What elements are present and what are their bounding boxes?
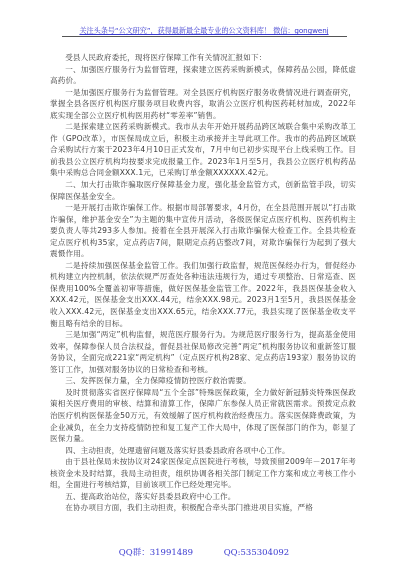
section-heading: 一、加强医疗服务行为监督管理，探索建立医药采购新模式，保障药品公园，降低虚高药价… (50, 64, 356, 87)
footer-contact: QQ群：31991489 QQ:535304092 (0, 546, 408, 558)
paragraph: 三是加强“两定”机构监督，规范医疗服务行为。为规范医疗服务行为，提高基金使用效率… (50, 329, 356, 375)
paragraph: 由于县社保局未按协议对24家医保定点医院进行考核，导致预留2009年－2017年… (50, 456, 356, 491)
paragraph: 及时贯彻落实省医疗保障局“五个全部”特殊医保政策，全力做好新冠肺炎特殊医保政策相… (50, 387, 356, 445)
paragraph: 在协办项目方面，我们主动担责，积极配合牵头部门推进项目实施，严格 (50, 502, 356, 514)
paragraph: 受县人民政府委托，现将医疗保障工作有关情况汇报如下： (50, 52, 356, 64)
qq-label: QQ:535304092 (224, 548, 289, 558)
paragraph: 一是开展打击欺诈骗保工作。根据市局部署要求，4月份，在全县范围开展以“打击欺诈骗… (50, 202, 356, 260)
paragraph: 二是持续加强医保基金监管工作。我们加强行政监督，规范医保经办行为，督促经办机构建… (50, 260, 356, 329)
section-heading: 四、主动担责，处理遗留问题及落实好县委县政府各项中心工作。 (50, 445, 356, 457)
section-heading: 五、提高政治站位，落实好县委县政府中心工作。 (50, 491, 356, 503)
section-heading: 三、发挥医保力量，全力保障疫情防控医疗救治需要。 (50, 375, 356, 387)
qq-group-label: QQ群：31991489 (119, 546, 193, 558)
promo-header-link[interactable]: 关注头条号“公文研究”，获得最新最全最专业的公文资料库！ 微信：gongwenj (62, 26, 346, 36)
section-heading: 二、加大打击欺诈骗取医疗保障基金力度，强化基金监管方式，创新监管手段，切实保障医… (50, 179, 356, 202)
paragraph: 二是探索建立医药采购新模式。我市从去年开始开展药品跨区域联合集中采购改革工作（G… (50, 121, 356, 179)
document-body: 受县人民政府委托，现将医疗保障工作有关情况汇报如下： 一、加强医疗服务行为监督管… (50, 52, 356, 514)
header-divider (62, 36, 347, 37)
paragraph: 一是加强医疗服务行为监督管理。对全县医疗机构医疗服务收费情况进行调查研究，掌握全… (50, 87, 356, 122)
